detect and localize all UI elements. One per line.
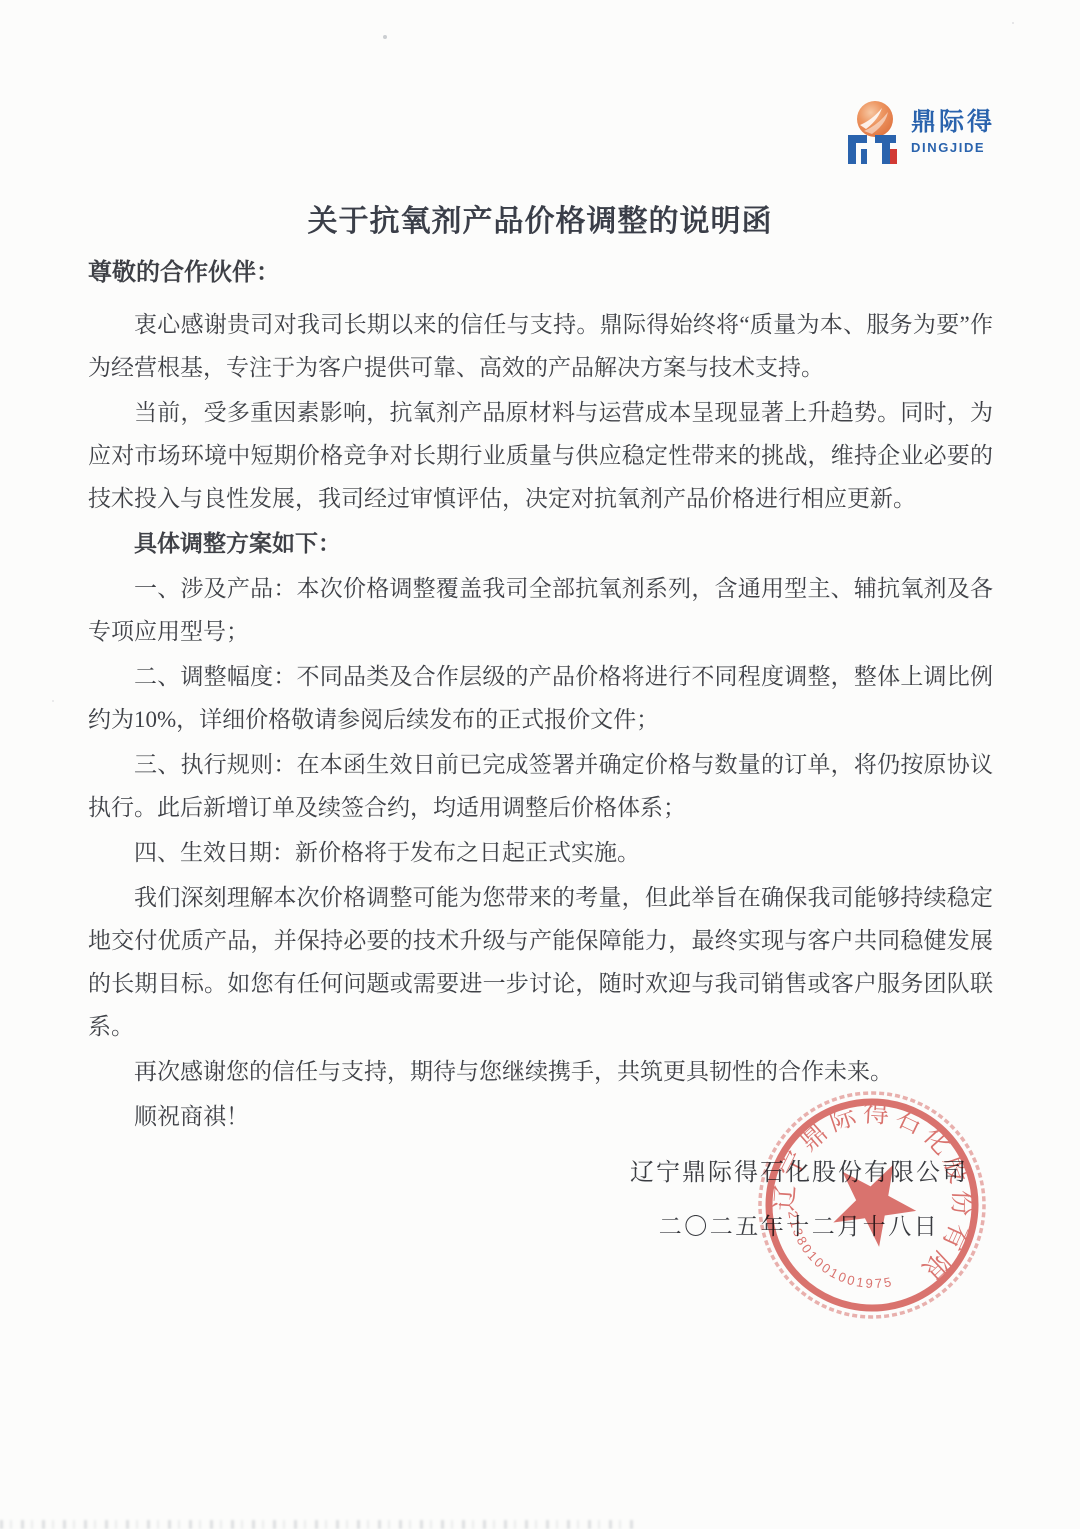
salutation: 尊敬的合作伙伴： — [88, 252, 993, 295]
scan-speck — [52, 700, 54, 702]
letter-title: 关于抗氧剂产品价格调整的说明函 — [0, 196, 1080, 240]
scan-speck — [1012, 22, 1014, 24]
item-execution-rules: 三、执行规则：在本函生效日前已完成签署并确定价格与数量的订单，将仍按原协议执行。… — [88, 743, 993, 829]
scan-speck — [383, 35, 387, 39]
scanned-letter-page: 鼎际得 DINGJIDE 关于抗氧剂产品价格调整的说明函 尊敬的合作伙伴： 衷心… — [0, 0, 1080, 1529]
seal-star-icon — [819, 1145, 930, 1255]
scan-noise-band — [0, 1520, 640, 1529]
paragraph-understanding: 我们深刻理解本次价格调整可能为您带来的考量，但此举旨在确保我司能够持续稳定地交付… — [88, 876, 993, 1048]
logo-name-chinese: 鼎际得 — [911, 110, 995, 135]
letter-body: 尊敬的合作伙伴： 衷心感谢贵司对我司长期以来的信任与支持。鼎际得始终将“质量为本… — [88, 252, 993, 1140]
paragraph-thanks: 衷心感谢贵司对我司长期以来的信任与支持。鼎际得始终将“质量为本、服务为要”作为经… — [88, 303, 993, 389]
company-seal-stamp: 辽宁鼎际得石化股份有限公司 213801001001975 — [750, 1083, 994, 1327]
company-logo: 鼎际得 DINGJIDE — [842, 98, 995, 166]
item-adjustment-range: 二、调整幅度：不同品类及合作层级的产品价格将进行不同程度调整，整体上调比例约为1… — [88, 655, 993, 741]
item-effective-date: 四、生效日期：新价格将于发布之日起正式实施。 — [88, 831, 993, 874]
subhead-adjustment-plan: 具体调整方案如下： — [88, 522, 993, 565]
logo-wordmark: 鼎际得 DINGJIDE — [911, 110, 995, 154]
dingjide-logo-icon — [842, 98, 904, 166]
logo-name-english: DINGJIDE — [911, 141, 995, 154]
item-products: 一、涉及产品：本次价格调整覆盖我司全部抗氧剂系列，含通用型主、辅抗氧剂及各专项应… — [88, 567, 993, 653]
paragraph-background: 当前，受多重因素影响，抗氧剂产品原材料与运营成本呈现显著上升趋势。同时，为应对市… — [88, 391, 993, 520]
